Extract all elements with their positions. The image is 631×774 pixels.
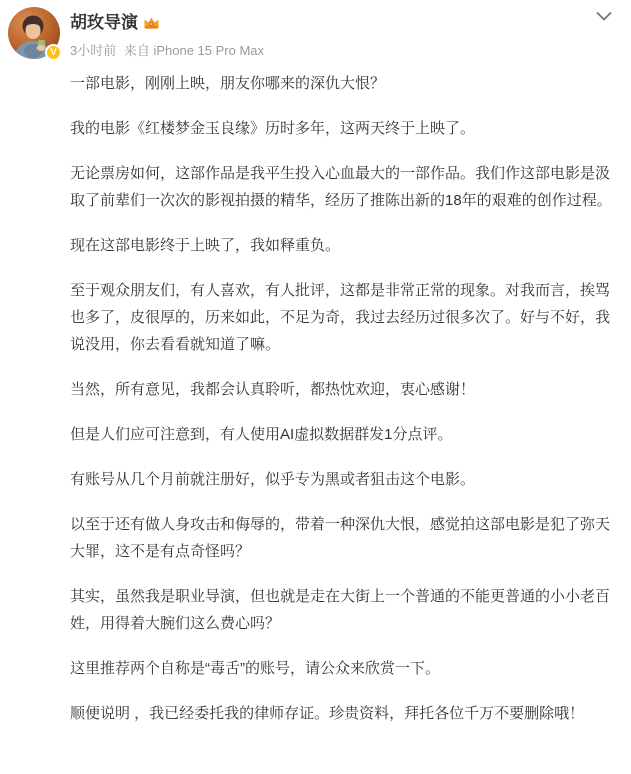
post-header: V 胡玫导演 3小时前 来自 iPhone 15 Pro Max: [0, 0, 631, 66]
post-paragraph: 当然，所有意见，我都会认真聆听，都热忱欢迎，衷心感谢！: [70, 376, 612, 403]
post-content: 一部电影，刚刚上映，朋友你哪来的深仇大恨？ 我的电影《红楼梦金玉良缘》历时多年，…: [70, 70, 612, 745]
post-paragraph: 以至于还有做人身攻击和侮辱的，带着一种深仇大恨，感觉拍这部电影是犯了弥天大罪，这…: [70, 511, 612, 565]
post-paragraph: 顺便说明 ，我已经委托我的律师存证。珍贵资料，拜托各位千万不要删除哦！: [70, 700, 612, 727]
post-time: 3小时前: [70, 43, 116, 58]
post-meta: 3小时前 来自 iPhone 15 Pro Max: [70, 40, 268, 59]
avatar[interactable]: V: [8, 7, 60, 59]
post-paragraph: 至于观众朋友们，有人喜欢，有人批评，这都是非常正常的现象。对我而言，挨骂也多了，…: [70, 277, 612, 358]
post-paragraph: 我的电影《红楼梦金玉良缘》历时多年，这两天终于上映了。: [70, 115, 612, 142]
post-paragraph: 有账号从几个月前就注册好，似乎专为黑或者狙击这个电影。: [70, 466, 612, 493]
post-source: 来自 iPhone 15 Pro Max: [124, 43, 264, 58]
post-paragraph: 但是人们应可注意到，有人使用AI虚拟数据群发1分点评。: [70, 421, 612, 448]
post-paragraph: 其实，虽然我是职业导演，但也就是走在大街上一个普通的不能更普通的小小老百姓，用得…: [70, 583, 612, 637]
vip-crown-icon: [143, 15, 160, 31]
post-paragraph: 这里推荐两个自称是“毒舌”的账号，请公众来欣赏一下。: [70, 655, 612, 682]
post-paragraph: 无论票房如何，这部作品是我平生投入心血最大的一部作品。我们作这部电影是汲取了前辈…: [70, 160, 612, 214]
username[interactable]: 胡玫导演: [70, 12, 138, 34]
chevron-down-icon[interactable]: [592, 4, 616, 28]
post-paragraph: 现在这部电影终于上映了，我如释重负。: [70, 232, 612, 259]
verified-v-icon: V: [45, 44, 62, 61]
post-paragraph: 一部电影，刚刚上映，朋友你哪来的深仇大恨？: [70, 70, 612, 97]
